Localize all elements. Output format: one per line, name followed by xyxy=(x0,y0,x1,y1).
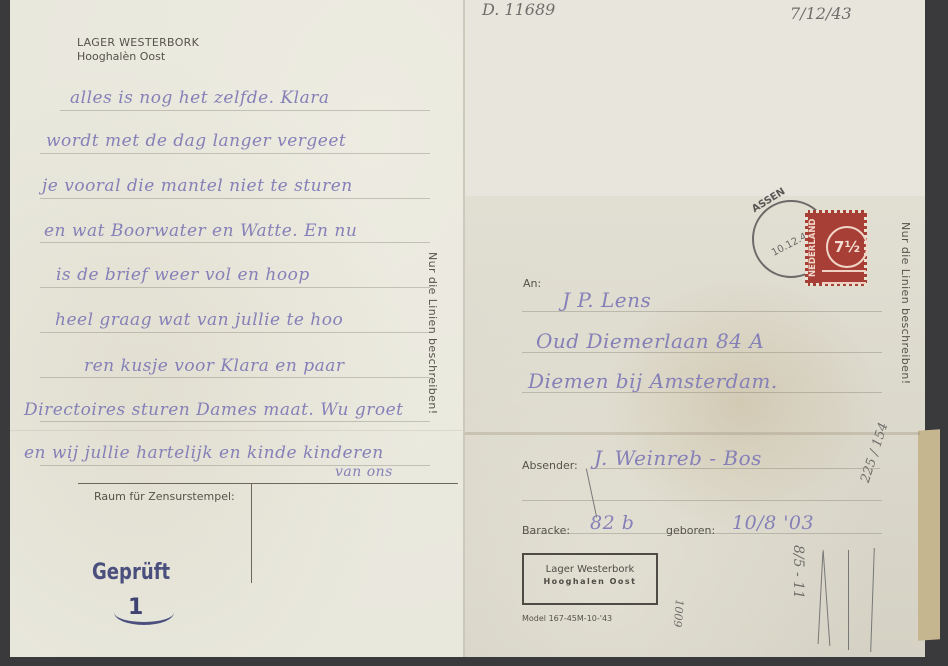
letter-handwritten-line: je vooral die mantel niet te sturen xyxy=(42,176,353,196)
recipient-street: Oud Diemerlaan 84 A xyxy=(536,329,764,353)
letter-handwritten-line: heel graag wat van jullie te hoo xyxy=(55,310,343,330)
stamp-value: 7½ xyxy=(826,226,868,268)
stamp-dove-icon xyxy=(822,270,866,284)
recipient-name: J P. Lens xyxy=(562,288,651,312)
camp-address-line1: Lager Westerbork xyxy=(522,564,658,575)
archive-reference: D. 11689 xyxy=(482,0,555,19)
censor-stamp: Geprüft xyxy=(92,560,170,585)
sender-line xyxy=(522,500,882,501)
torn-edge xyxy=(918,429,940,641)
ruled-line xyxy=(40,153,430,154)
ruled-line xyxy=(40,198,430,199)
pencil-mark xyxy=(848,550,849,650)
censor-divider xyxy=(251,483,252,583)
letter-handwritten-line: en wij jullie hartelijk en kinde kindere… xyxy=(24,443,384,463)
ruled-line xyxy=(40,421,430,422)
censor-stamp-number: 1 xyxy=(128,595,143,620)
letter-handwritten-line: ren kusje voor Klara en paar xyxy=(84,356,344,376)
censor-stamp-swoosh xyxy=(114,600,174,625)
stamp-country: NEDERLAND xyxy=(808,216,818,280)
letter-header-location: Hooghalèn Oost xyxy=(77,50,165,63)
barracks-label: Baracke: xyxy=(522,524,570,537)
form-model-number: Model 167-45M-10-'43 xyxy=(522,614,612,623)
letter-header-camp: LAGER WESTERBORK xyxy=(77,36,199,49)
fold-line xyxy=(465,432,920,435)
archive-date-note: 7/12/43 xyxy=(790,4,852,23)
ruled-line xyxy=(40,332,430,333)
pencil-note: 8/5 - 11 xyxy=(790,545,806,599)
letter-handwritten-line: en wat Boorwater en Watte. En nu xyxy=(44,221,357,241)
ruled-line xyxy=(40,377,430,378)
letter-handwritten-line: is de brief weer vol en hoop xyxy=(56,265,310,285)
ruled-line xyxy=(40,242,430,243)
ruled-line xyxy=(40,287,430,288)
letter-handwritten-line: alles is nog het zelfde. Klara xyxy=(70,88,330,108)
sender-label: Absender: xyxy=(522,459,578,472)
letter-margin-instruction: Nur die Linien beschreiben! xyxy=(426,252,439,415)
envelope-margin-instruction: Nur die Linien beschreiben! xyxy=(899,222,912,385)
recipient-city: Diemen bij Amsterdam. xyxy=(528,369,778,393)
recipient-label: An: xyxy=(523,277,541,290)
ruled-line xyxy=(60,110,430,111)
letter-handwritten-line: van ons xyxy=(335,464,393,480)
envelope-top-flap xyxy=(465,0,925,197)
censor-divider xyxy=(78,483,458,484)
letter-handwritten-line: wordt met de dag langer vergeet xyxy=(46,131,346,151)
pencil-note: 1009 xyxy=(671,599,686,628)
fold-line xyxy=(10,430,462,431)
sender-name: J. Weinreb - Bos xyxy=(594,446,762,470)
born-label: geboren: xyxy=(666,524,715,537)
censor-label: Raum für Zensurstempel: xyxy=(94,490,235,503)
camp-address-line2: Hooghalen Oost xyxy=(522,577,658,586)
born-value: 10/8 '03 xyxy=(732,512,814,534)
fold-line xyxy=(463,0,465,657)
letter-handwritten-line: Directoires sturen Dames maat. Wu groet xyxy=(24,400,404,420)
